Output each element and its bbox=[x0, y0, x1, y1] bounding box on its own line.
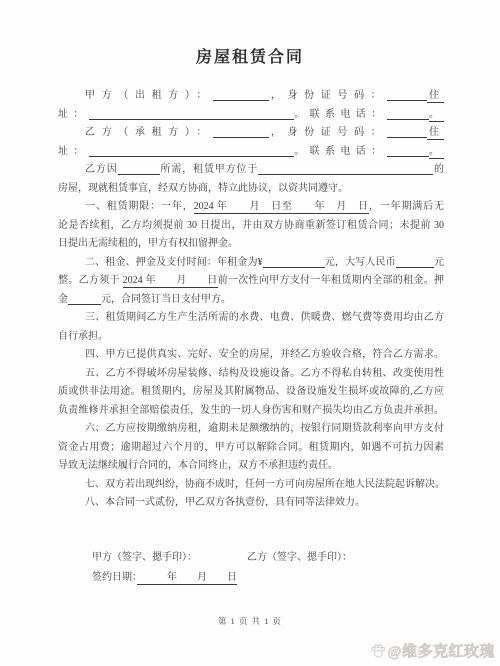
contract-line: 金元，合同签订当日支付甲方。 bbox=[58, 291, 444, 310]
text-run: 。联系电话： bbox=[294, 146, 387, 157]
contract-line: 房屋，现就租赁事宜，经双方协商，特立此协议，以资共同遵守。 bbox=[58, 180, 444, 199]
blank-field bbox=[89, 156, 294, 157]
text-run: 。联系电话： bbox=[294, 109, 387, 120]
text-run: ，身份证号码： bbox=[269, 127, 387, 138]
underlined-text: 年 月 日 bbox=[137, 572, 237, 585]
text-run: ，身份证号码： bbox=[269, 90, 387, 101]
text-run: 负责维修并承担全部赔偿责任，发生的一切人身伤害和财产损失均由乙方负责并承担。 bbox=[58, 405, 444, 416]
contract-body: 甲方（出租方）：，身份证号码：住址：。联系电话：。乙方（承租方）：，身份证号码：… bbox=[58, 87, 444, 588]
contract-line: 址：。联系电话：。 bbox=[58, 143, 444, 162]
blank-field bbox=[387, 119, 429, 120]
underlined-text: 。 bbox=[429, 109, 444, 122]
paw-icon bbox=[370, 643, 386, 659]
text-run: 五、乙方不得破坏房屋装修、结构及设施设备。乙方不得私自转租、改变使用性 bbox=[85, 368, 444, 379]
text-run: 房屋，现就租赁事宜，经双方协商，特立此协议，以资共同遵守。 bbox=[58, 183, 348, 194]
contract-line: 六、乙方应按期缴纳房租，逾期未足额缴纳的，按银行同期贷款利率向甲方支付 bbox=[58, 420, 444, 439]
text-run: 甲方（出租方）： bbox=[85, 90, 213, 101]
text-run: ，一年期满后无 bbox=[369, 201, 444, 212]
text-run: 六、乙方应按期缴纳房租，逾期未足额缴纳的，按银行同期贷款利率向甲方支付 bbox=[85, 423, 444, 434]
text-run: 前一次性向甲方支付一年租赁期内全部的租金。押 bbox=[218, 275, 444, 286]
text-run: 址： bbox=[58, 109, 89, 120]
blank-field bbox=[263, 267, 325, 268]
text-run: 自行承担。 bbox=[58, 331, 108, 342]
blank-field bbox=[396, 267, 434, 268]
text-run: 金 bbox=[58, 294, 68, 305]
contract-line: 五、乙方不得破坏房屋装修、结构及设施设备。乙方不得私自转租、改变使用性 bbox=[58, 365, 444, 384]
contract-line: 签约日期： 年 月 日 bbox=[58, 569, 444, 588]
blank-field bbox=[68, 304, 101, 305]
text-run: 论是否续租，乙方均须提前 30 日提出，并由双方协商重新签订租赁合同；未提前 3… bbox=[58, 220, 444, 231]
contract-line: 负责维修并承担全部赔偿责任，发生的一切人身伤害和财产损失均由乙方负责并承担。 bbox=[58, 402, 444, 421]
contract-line: 二、租金、押金及支付时间：年租金为¥元，大写人民币元 bbox=[58, 254, 444, 273]
text-run: 元，合同签订当日支付甲方。 bbox=[101, 294, 231, 305]
contract-line: 日提出无需续租的，甲方有权扣留押金。 bbox=[58, 235, 444, 254]
contract-line: 自行承担。 bbox=[58, 328, 444, 347]
text-run: 四、甲方已提供真实、完好、安全的房屋，并经乙方验收合格，符合乙方需求。 bbox=[85, 349, 444, 360]
text-run: 二、租金、押金及支付时间：年租金为¥ bbox=[85, 257, 263, 268]
underlined-text: 住 bbox=[427, 90, 444, 103]
text-run: 质或供非法用途。租赁期内，房屋及其附属物品、设备设施发生损坏或故障的,乙方应 bbox=[58, 386, 444, 397]
contract-line: 四、甲方已提供真实、完好、安全的房屋，并经乙方验收合格，符合乙方需求。 bbox=[58, 346, 444, 365]
text-run: 三、租赁期间乙方生产生活所需的水费、电费、供暖费、燃气费等费用均由乙方 bbox=[85, 312, 444, 323]
contract-line: 乙方（承租方）：，身份证号码：住 bbox=[58, 124, 444, 143]
text-run: 的 bbox=[433, 164, 444, 175]
page-number: 第 1 页 共 1 页 bbox=[0, 615, 500, 627]
contract-line: 甲方（出租方）：，身份证号码：住 bbox=[58, 87, 444, 106]
contract-line: 论是否续租，乙方均须提前 30 日提出，并由双方协商重新签订租赁合同；未提前 3… bbox=[58, 217, 444, 236]
blank-field bbox=[213, 100, 269, 101]
text-run: 元，大写人民币 bbox=[325, 257, 396, 268]
contract-line: 八、本合同一式贰份，甲乙双方各执壹份，具有同等法律效力。 bbox=[58, 494, 444, 513]
text-run: 整。乙方须于 bbox=[58, 275, 123, 286]
blank-field bbox=[89, 119, 294, 120]
text-run: 八、本合同一式贰份，甲乙双方各执壹份，具有同等法律效力。 bbox=[85, 497, 365, 508]
underlined-text: 住 bbox=[427, 127, 444, 140]
contract-page: 房屋租赁合同 甲方（出租方）：，身份证号码：住址：。联系电话：。乙方（承租方）：… bbox=[0, 0, 500, 666]
contract-line: 整。乙方须于 2024 年 月 日前一次性向甲方支付一年租赁期内全部的租金。押 bbox=[58, 272, 444, 291]
text-run: 签约日期： bbox=[92, 572, 137, 583]
contract-line: 七、双方若出现纠纷，协商不成时，任何一方可向房屋所在地人民法院起诉解决。 bbox=[58, 476, 444, 495]
contract-line: 乙方因所需，租赁甲方位于的 bbox=[58, 161, 444, 180]
text-run: 七、双方若出现纠纷，协商不成时，任何一方可向房屋所在地人民法院起诉解决。 bbox=[85, 479, 445, 490]
watermark-text: @维多克红玫瑰 bbox=[388, 640, 495, 661]
text-run: 甲方（签字、摁手印）： bbox=[92, 552, 197, 563]
contract-line: 址：。联系电话：。 bbox=[58, 106, 444, 125]
contract-line: 一、租赁期限：一年，2024 年 月 日至 年 月 日，一年期满后无 bbox=[58, 198, 444, 217]
underlined-text: 2024 年 月 日 bbox=[123, 275, 218, 288]
contract-title: 房屋租赁合同 bbox=[0, 44, 500, 67]
text-run: 乙方（承租方）： bbox=[85, 127, 213, 138]
blank-field bbox=[213, 137, 269, 138]
contract-line: 甲方（签字、摁手印）：乙方（签字、摁手印）： bbox=[58, 549, 444, 568]
blank-field bbox=[258, 174, 433, 175]
text-run: 资金占用费；逾期超过六个月的，甲方可以解除合同。租赁期内，如遇不可抗力因素 bbox=[58, 442, 444, 453]
contract-line: 质或供非法用途。租赁期内，房屋及其附属物品、设备设施发生损坏或故障的,乙方应 bbox=[58, 383, 444, 402]
text-run: 一、租赁期限：一年， bbox=[85, 201, 194, 212]
text-run: 乙方（签字、摁手印）： bbox=[247, 552, 352, 563]
contract-line: 三、租赁期间乙方生产生活所需的水费、电费、供暖费、燃气费等费用均由乙方 bbox=[58, 309, 444, 328]
text-run: 所需，租赁甲方位于 bbox=[160, 164, 259, 175]
blank-field bbox=[387, 100, 427, 101]
underlined-text: 2024 年 月 日至 年 月 日 bbox=[194, 201, 369, 214]
text-run: 元 bbox=[434, 257, 444, 268]
text-run: 日提出无需续租的，甲方有权扣留押金。 bbox=[58, 238, 238, 249]
text-run: 址： bbox=[58, 146, 89, 157]
text-run: 导致无法继续履行合同的，本合同终止，双方不承担违约责任。 bbox=[58, 460, 338, 471]
watermark: @维多克红玫瑰 bbox=[370, 640, 495, 661]
text-run: 乙方因 bbox=[85, 164, 118, 175]
blank-field bbox=[387, 156, 429, 157]
underlined-text: 。 bbox=[429, 146, 444, 159]
contract-line: 资金占用费；逾期超过六个月的，甲方可以解除合同。租赁期内，如遇不可抗力因素 bbox=[58, 439, 444, 458]
blank-field bbox=[387, 137, 427, 138]
contract-line: 导致无法继续履行合同的，本合同终止，双方不承担违约责任。 bbox=[58, 457, 444, 476]
blank-field bbox=[118, 174, 160, 175]
